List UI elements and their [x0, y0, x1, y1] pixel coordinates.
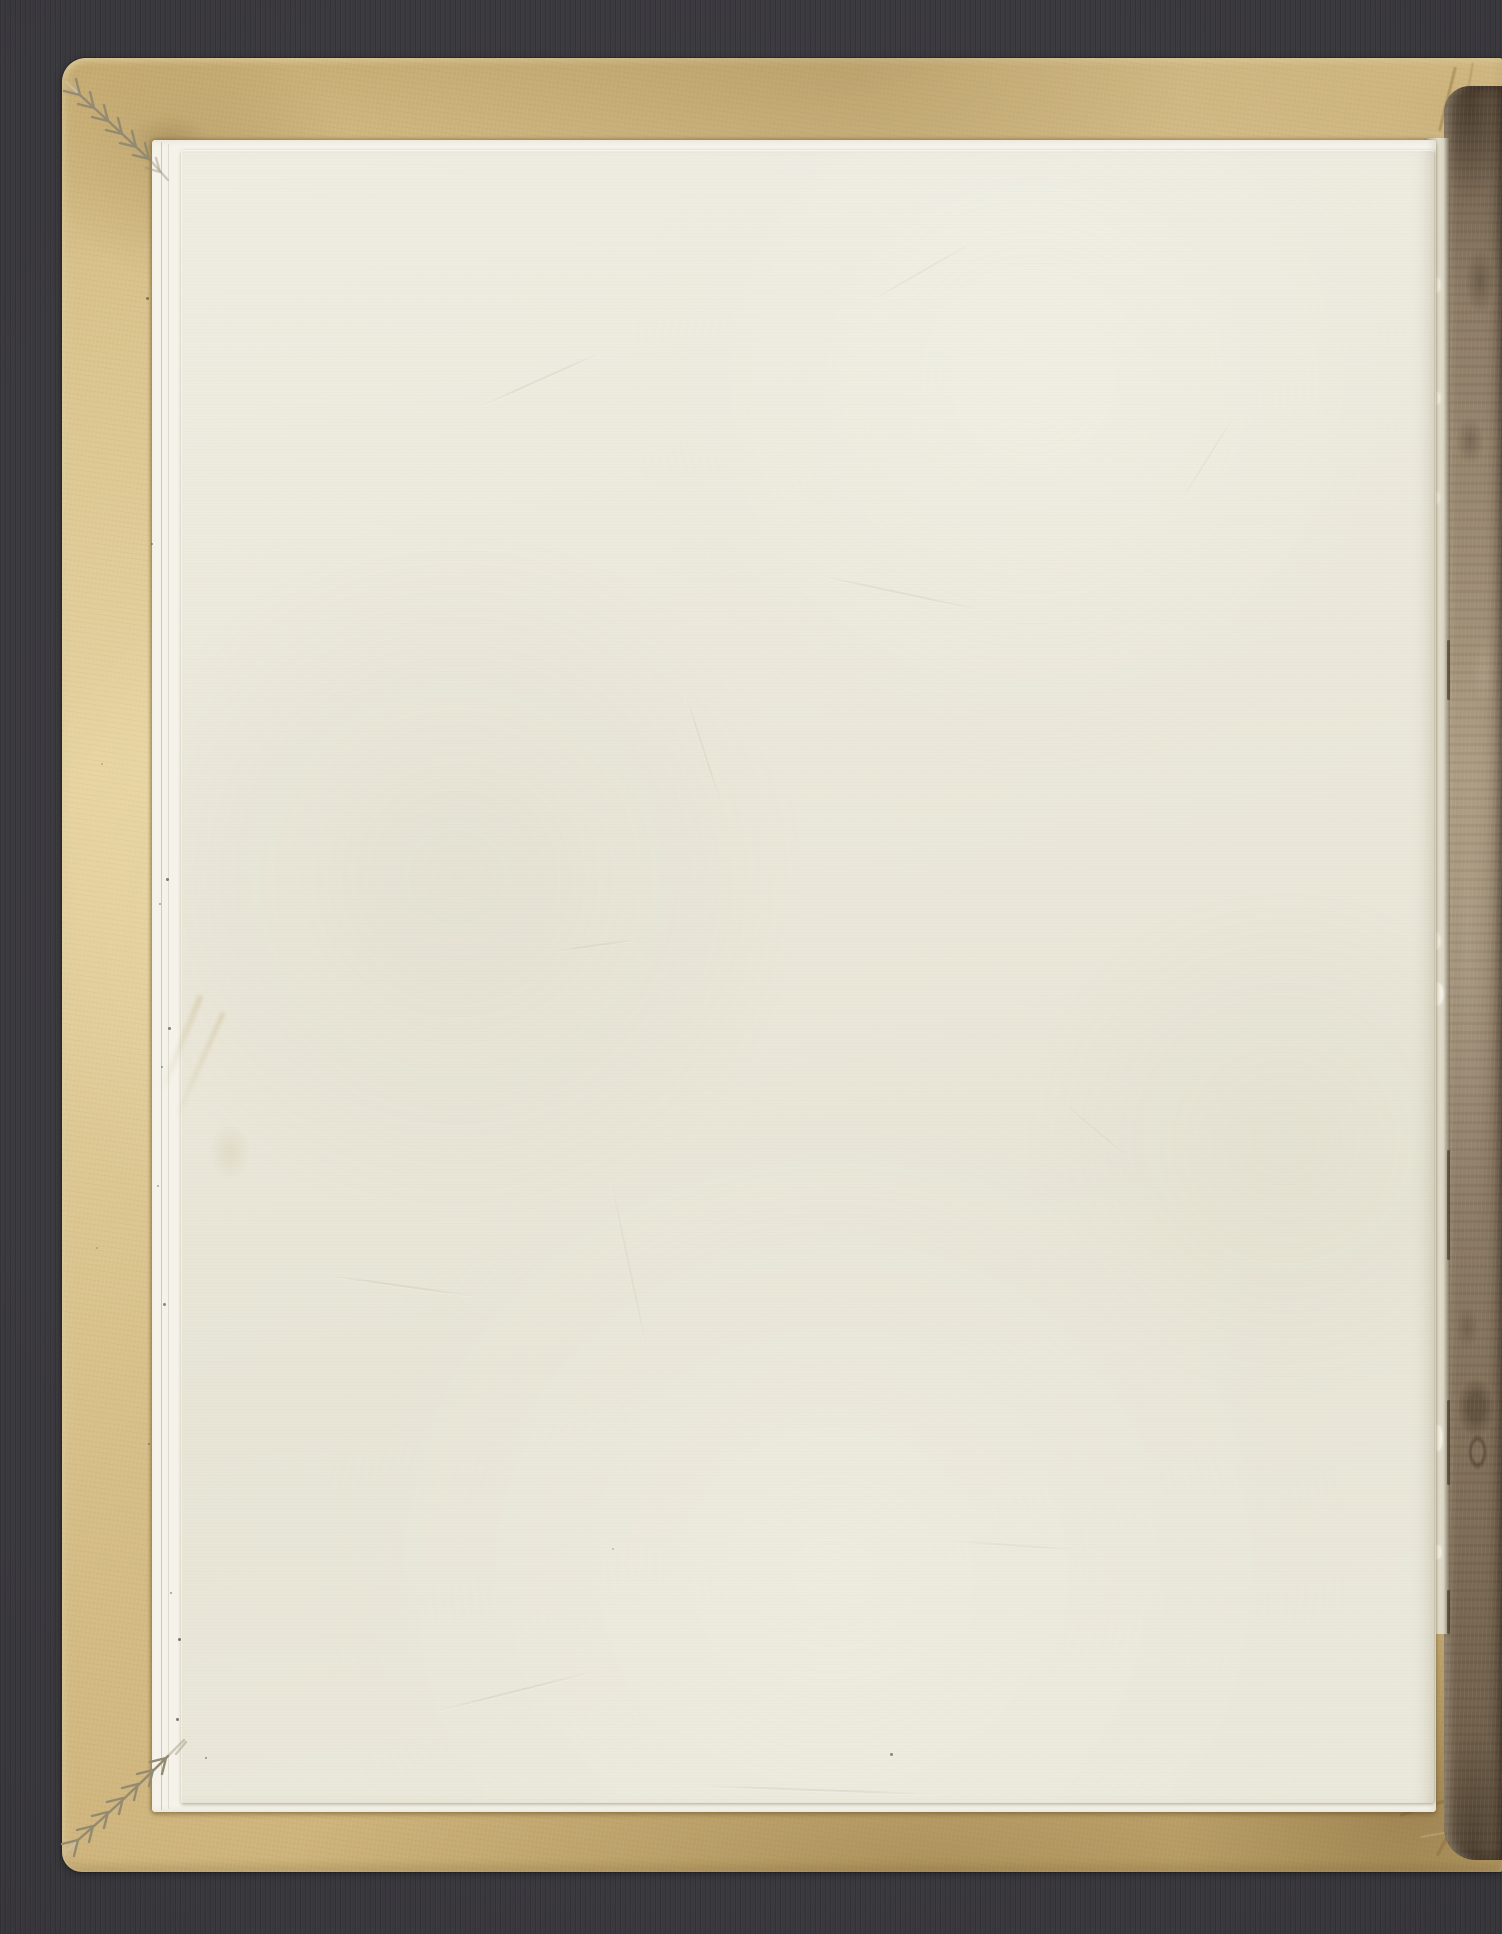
- paper-crease: [481, 352, 601, 407]
- paper-crease: [701, 1785, 931, 1795]
- dust-speck: [178, 1638, 181, 1641]
- gutter-gap-shadow: [1447, 640, 1450, 700]
- dust-speck: [176, 1718, 179, 1721]
- dust-speck: [101, 763, 103, 765]
- paper-stain: [203, 1115, 257, 1189]
- paper-crease: [610, 1181, 647, 1348]
- dust-speck: [205, 1757, 207, 1759]
- dust-speck: [151, 543, 153, 545]
- dust-speck: [170, 1592, 172, 1594]
- dust-speck: [146, 297, 149, 300]
- dust-speck: [890, 1753, 893, 1756]
- paper-crease: [436, 1671, 592, 1712]
- dust-speck: [96, 1247, 98, 1249]
- paper-crease: [951, 1540, 1081, 1551]
- blank-page: [181, 150, 1434, 1803]
- paper-stain: [176, 1011, 226, 1115]
- paper-crease: [871, 240, 976, 302]
- corner-stitch-bottom-left: [54, 1720, 204, 1870]
- gutter-gap-shadow: [1447, 1400, 1450, 1485]
- paper-crease: [1180, 416, 1235, 502]
- dust-speck: [148, 1443, 150, 1445]
- paper-crease: [556, 939, 635, 952]
- paper-crease: [1060, 1100, 1130, 1159]
- paper-crease: [821, 575, 978, 610]
- dust-speck: [157, 1185, 159, 1187]
- textblock-edge: [1444, 86, 1502, 1860]
- dust-speck: [163, 1303, 166, 1306]
- paper-crease: [331, 1275, 470, 1296]
- scanner-background: [0, 0, 1502, 1934]
- dust-speck: [166, 878, 169, 881]
- gutter-gap-shadow: [1447, 1150, 1450, 1260]
- dust-speck: [159, 903, 161, 905]
- gutter-gap-shadow: [1447, 1590, 1450, 1634]
- dust-speck: [161, 1066, 163, 1068]
- dust-speck: [168, 1027, 171, 1030]
- paper-crease: [685, 696, 721, 801]
- corner-stitch-top-left: [56, 76, 196, 216]
- dust-speck: [612, 1548, 614, 1550]
